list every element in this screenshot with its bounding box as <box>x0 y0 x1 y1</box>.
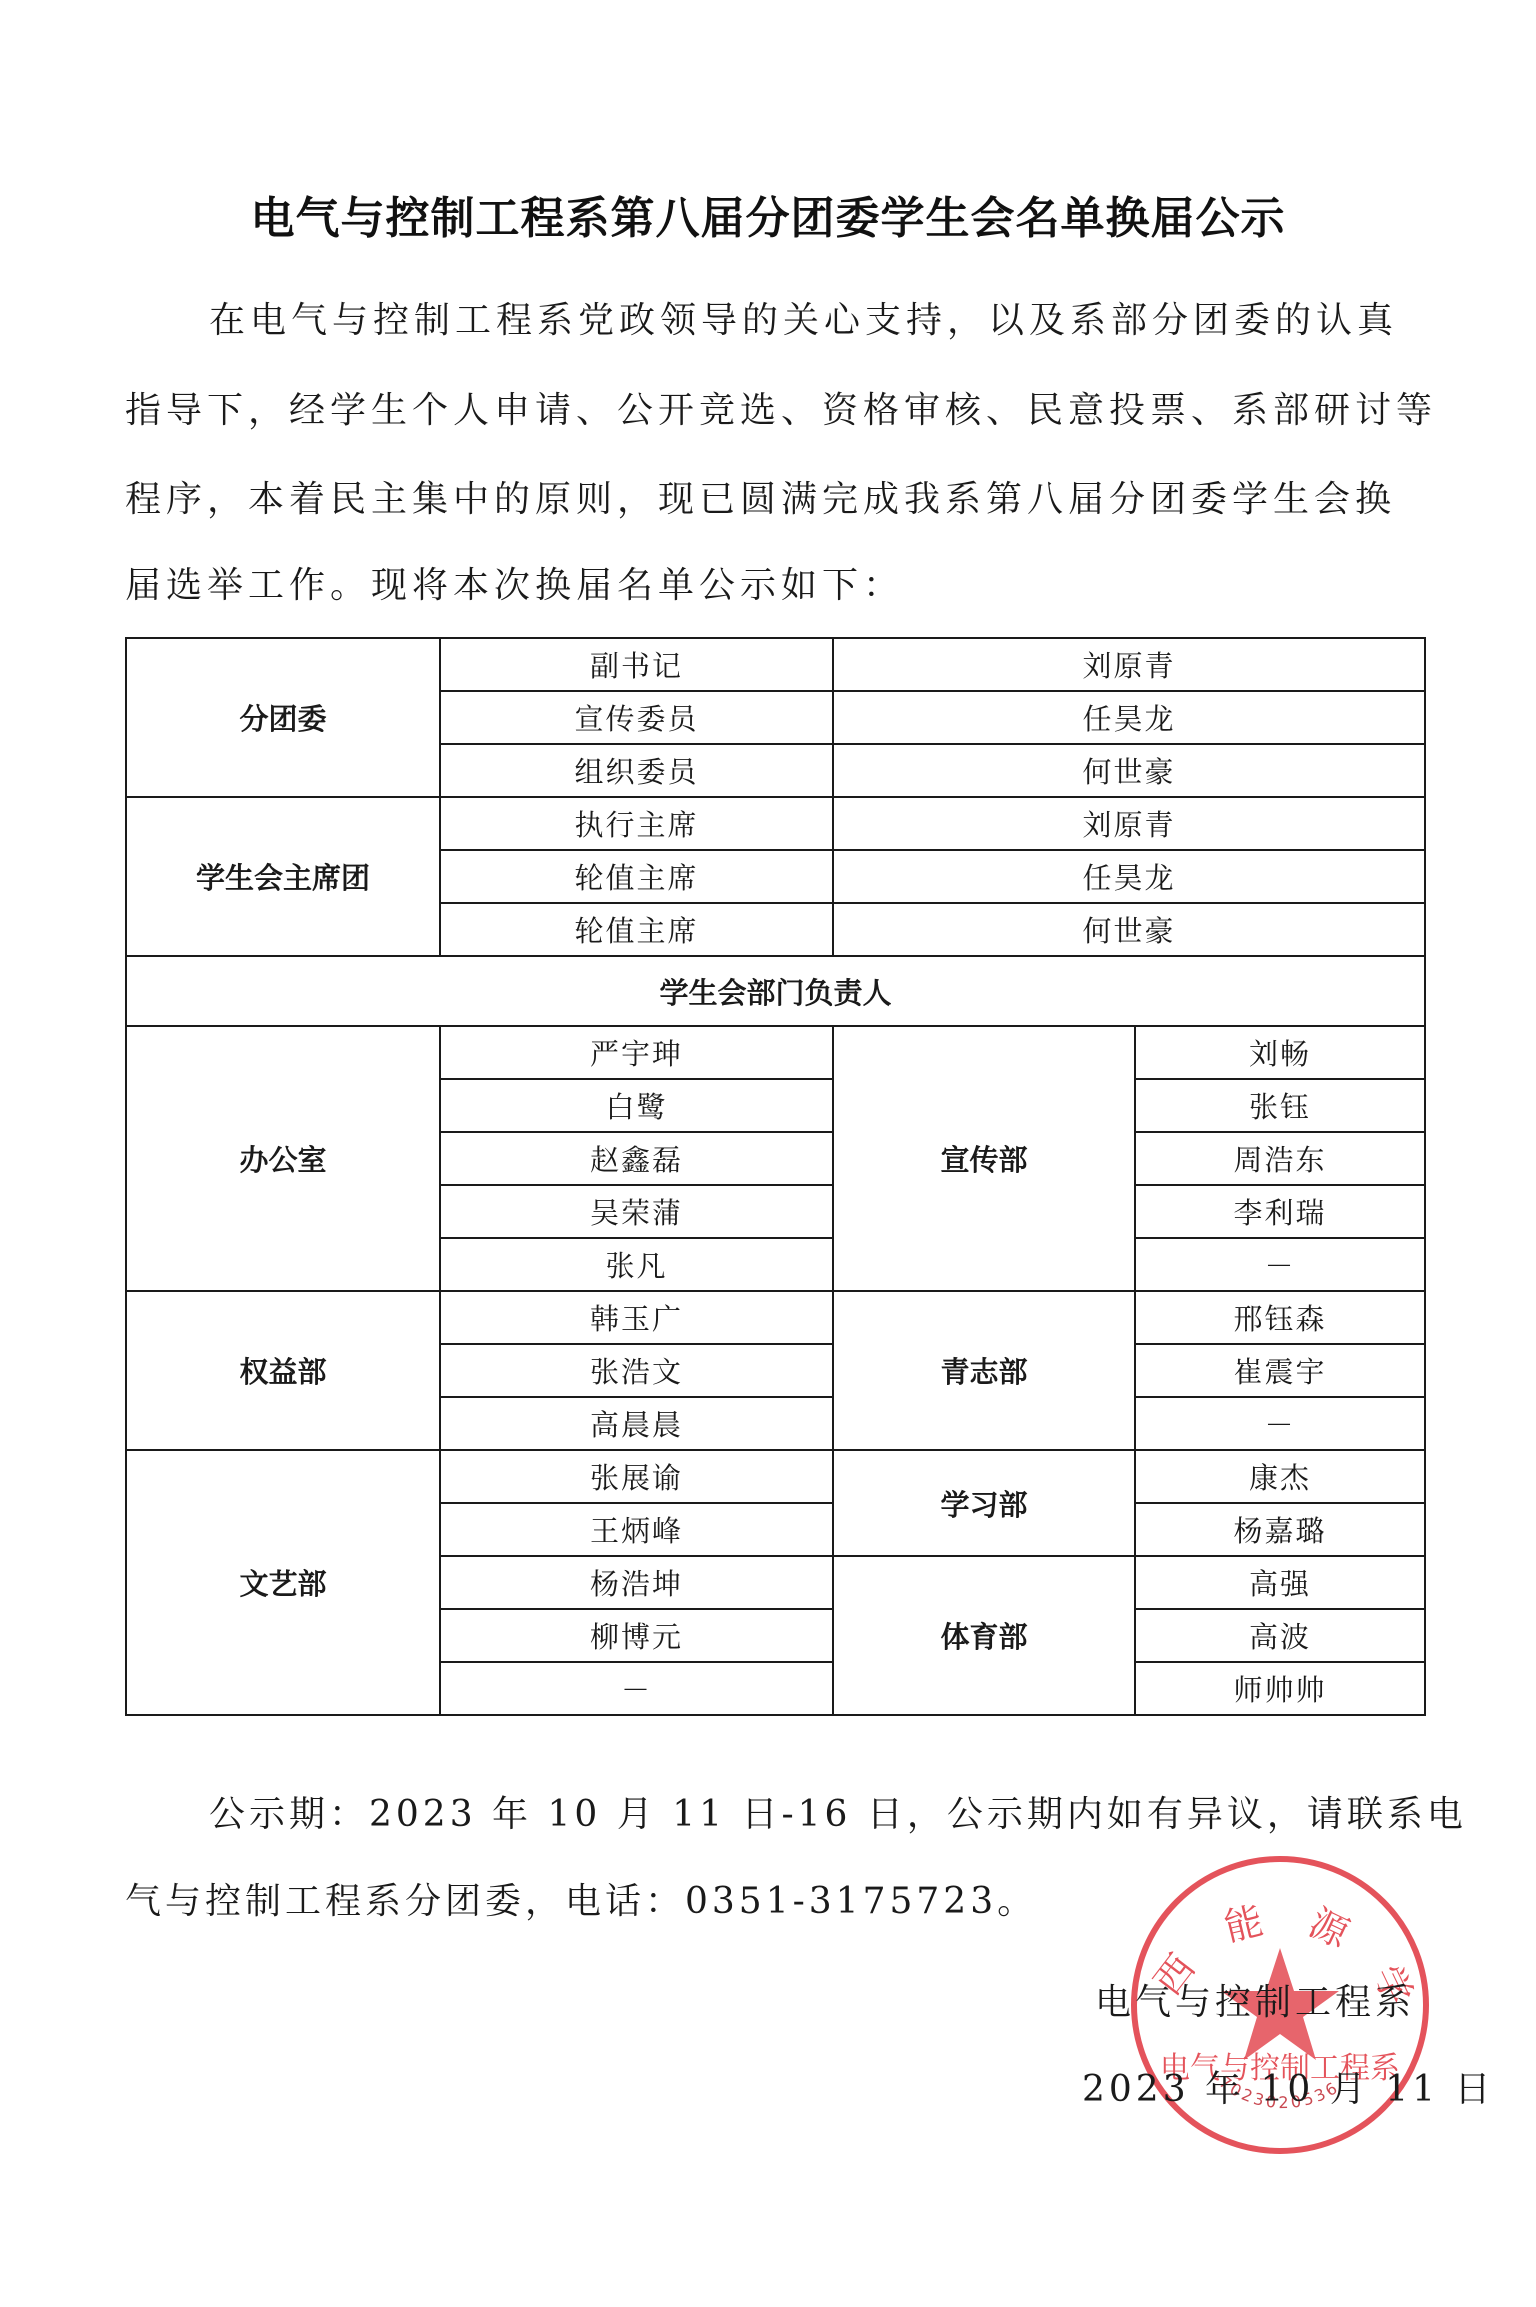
member-cell: 赵鑫磊 <box>440 1132 833 1185</box>
member-cell: 张凡 <box>440 1238 833 1291</box>
dept-label: 权益部 <box>126 1291 440 1450</box>
dept-label: 学习部 <box>833 1450 1135 1556</box>
name-cell: 刘原青 <box>833 638 1425 691</box>
intro-line-3: 程序，本着民主集中的原则，现已圆满完成我系第八届分团委学生会换 <box>125 471 1425 522</box>
table-row: 分团委 副书记 刘原青 <box>126 638 1425 691</box>
position-cell: 组织委员 <box>440 744 833 797</box>
member-cell: 杨浩坤 <box>440 1556 833 1609</box>
member-cell: 李利瑞 <box>1135 1185 1425 1238</box>
member-cell: 柳博元 <box>440 1609 833 1662</box>
member-cell: 师帅帅 <box>1135 1662 1425 1715</box>
member-cell: 王炳峰 <box>440 1503 833 1556</box>
member-cell: 韩玉广 <box>440 1291 833 1344</box>
signature-date: 2023 年 10 月 11 日 <box>1082 2061 1494 2112</box>
member-cell: 吴荣蒲 <box>440 1185 833 1238</box>
member-cell: 严宇珅 <box>440 1026 833 1079</box>
member-cell: － <box>440 1662 833 1715</box>
notice-line-1: 公示期：2023 年 10 月 11 日-16 日，公示期内如有异议，请联系电 <box>125 1786 1467 1837</box>
member-cell: 张展谕 <box>440 1450 833 1503</box>
member-cell: 白鹭 <box>440 1079 833 1132</box>
intro-line-2: 指导下，经学生个人申请、公开竞选、资格审核、民意投票、系部研讨等 <box>125 382 1425 433</box>
document-title: 电气与控制工程系第八届分团委学生会名单换届公示 <box>0 182 1536 246</box>
member-cell: 张浩文 <box>440 1344 833 1397</box>
section-header-row: 学生会部门负责人 <box>126 956 1425 1026</box>
roster-table: 分团委 副书记 刘原青 宣传委员 任昊龙 组织委员 何世豪 学生会主席团 执行主… <box>125 637 1426 1716</box>
member-cell: 杨嘉璐 <box>1135 1503 1425 1556</box>
dept-label: 青志部 <box>833 1291 1135 1450</box>
signature-department: 电气与控制工程系 <box>1095 1974 1415 2025</box>
notice-line-2: 气与控制工程系分团委，电话：0351-3175723。 <box>125 1873 1037 1924</box>
group-label: 分团委 <box>126 638 440 797</box>
position-cell: 宣传委员 <box>440 691 833 744</box>
intro-line-1: 在电气与控制工程系党政领导的关心支持，以及系部分团委的认真 <box>125 292 1425 343</box>
dept-label: 办公室 <box>126 1026 440 1291</box>
member-cell: － <box>1135 1397 1425 1450</box>
table-row: 权益部 韩玉广 青志部 邢钰森 <box>126 1291 1425 1344</box>
position-cell: 轮值主席 <box>440 903 833 956</box>
table-row: 文艺部 张展谕 学习部 康杰 <box>126 1450 1425 1503</box>
name-cell: 何世豪 <box>833 903 1425 956</box>
intro-line-4: 届选举工作。现将本次换届名单公示如下： <box>125 557 1425 608</box>
position-cell: 轮值主席 <box>440 850 833 903</box>
member-cell: 崔震宇 <box>1135 1344 1425 1397</box>
section-header: 学生会部门负责人 <box>126 956 1425 1026</box>
dept-label: 宣传部 <box>833 1026 1135 1291</box>
member-cell: 高晨晨 <box>440 1397 833 1450</box>
dept-label: 体育部 <box>833 1556 1135 1715</box>
member-cell: 康杰 <box>1135 1450 1425 1503</box>
position-cell: 副书记 <box>440 638 833 691</box>
name-cell: 任昊龙 <box>833 850 1425 903</box>
dept-label: 文艺部 <box>126 1450 440 1715</box>
name-cell: 刘原青 <box>833 797 1425 850</box>
member-cell: 刘畅 <box>1135 1026 1425 1079</box>
member-cell: 张钰 <box>1135 1079 1425 1132</box>
table-row: 办公室 严宇珅 宣传部 刘畅 <box>126 1026 1425 1079</box>
member-cell: 邢钰森 <box>1135 1291 1425 1344</box>
member-cell: － <box>1135 1238 1425 1291</box>
name-cell: 何世豪 <box>833 744 1425 797</box>
group-label: 学生会主席团 <box>126 797 440 956</box>
member-cell: 高波 <box>1135 1609 1425 1662</box>
position-cell: 执行主席 <box>440 797 833 850</box>
name-cell: 任昊龙 <box>833 691 1425 744</box>
member-cell: 高强 <box>1135 1556 1425 1609</box>
table-row: 学生会主席团 执行主席 刘原青 <box>126 797 1425 850</box>
member-cell: 周浩东 <box>1135 1132 1425 1185</box>
